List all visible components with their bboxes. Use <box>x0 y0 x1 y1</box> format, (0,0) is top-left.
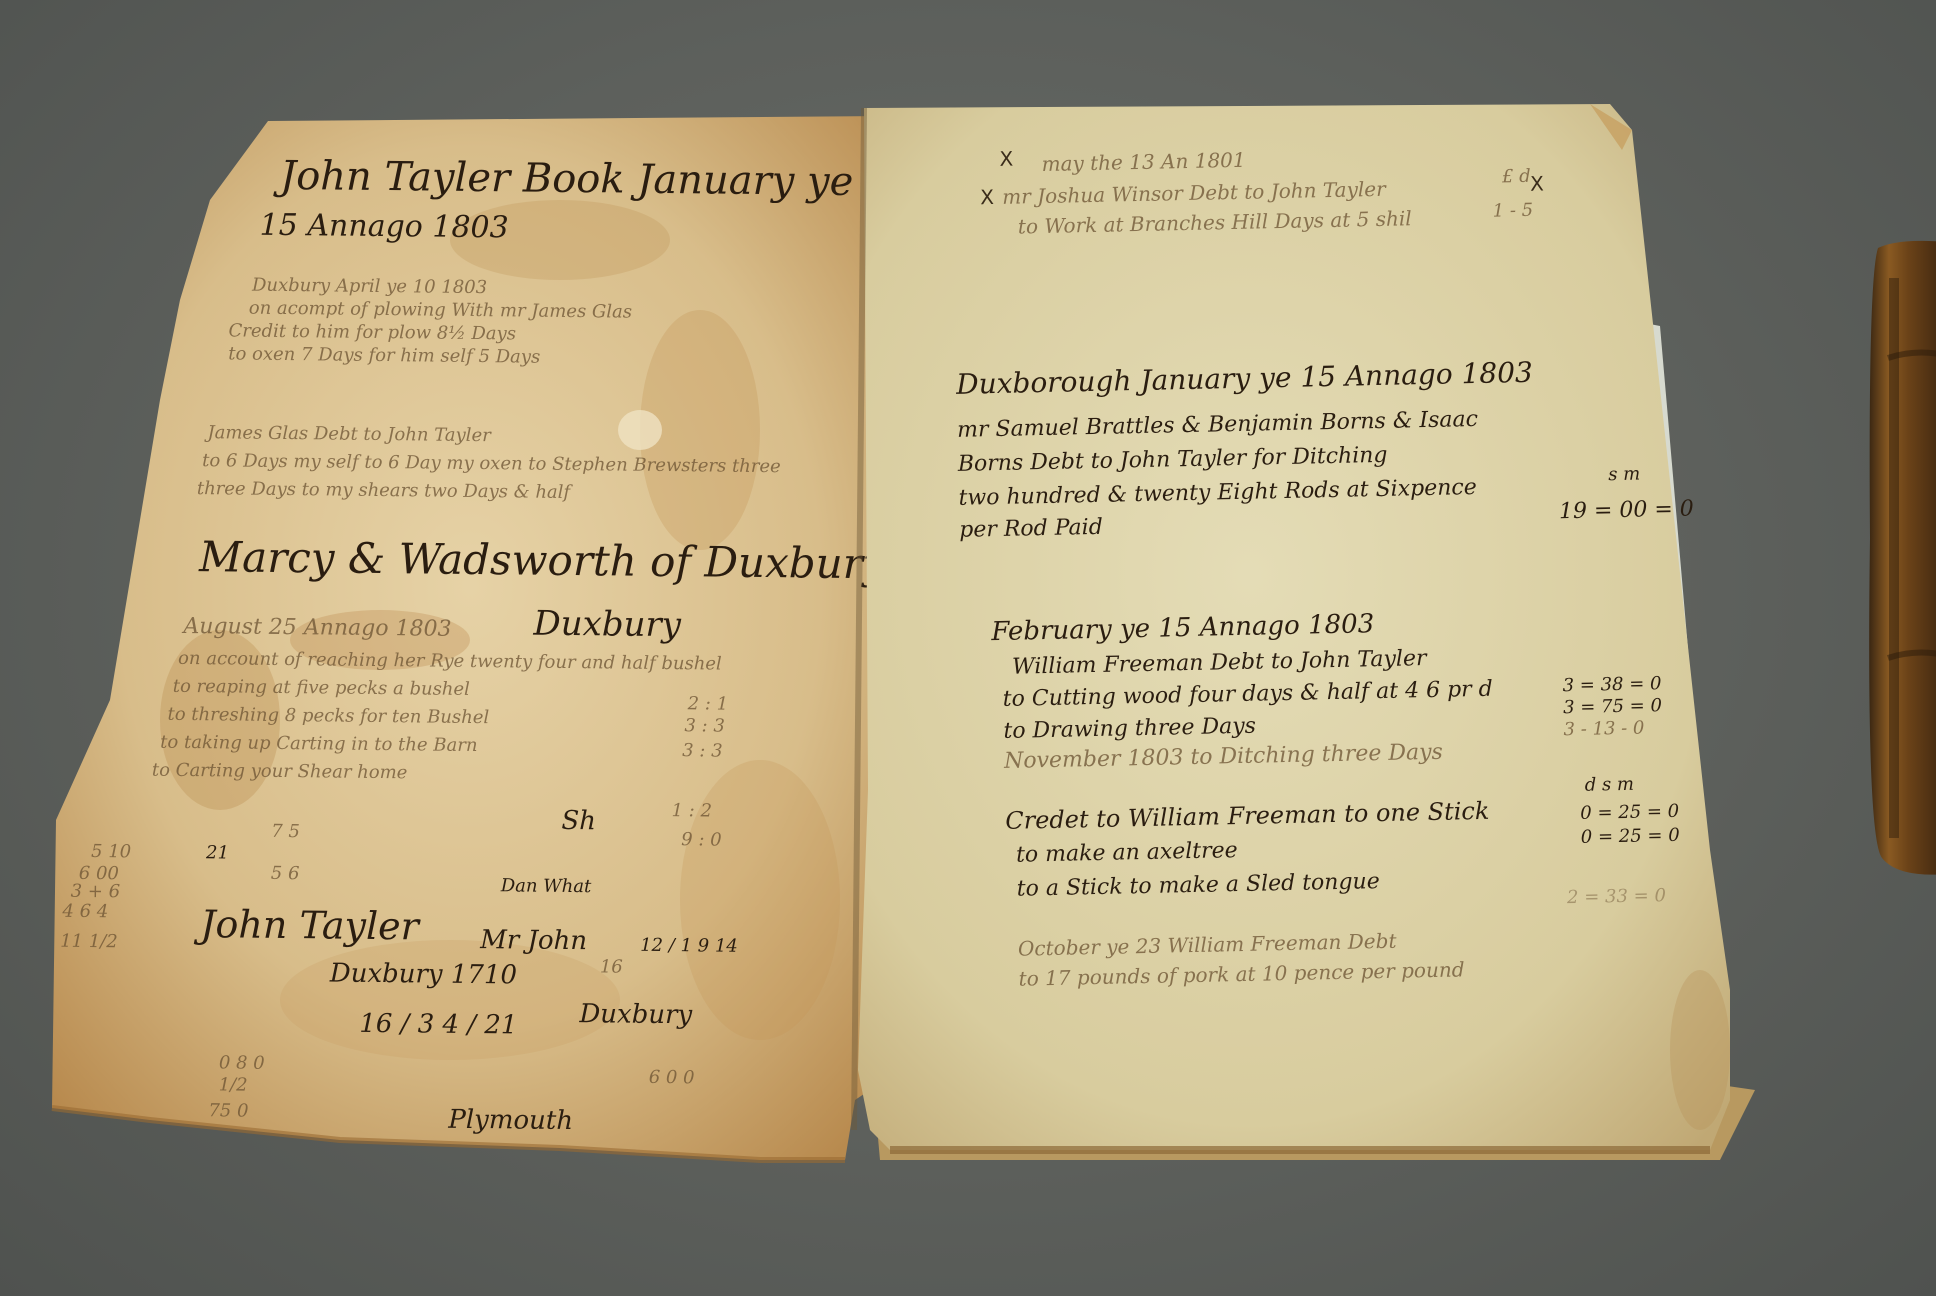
entry2-line: per Rod Paid <box>959 515 1103 543</box>
check-mark-x: X <box>999 147 1013 171</box>
entry3-line: to threshing 8 pecks for ten Bushel <box>167 704 489 728</box>
entry3-amount: 3 = 75 = 0 <box>1563 695 1662 718</box>
scribble-place1: Duxbury 1710 <box>330 959 518 991</box>
entry1-line: Duxbury April ye 10 1803 <box>252 275 487 298</box>
entry2-amount-header: s m <box>1608 464 1640 486</box>
entry4-amount-header: d s m <box>1585 774 1635 796</box>
left-heading-line2: 15 Annago 1803 <box>259 208 508 246</box>
check-mark-x: X <box>980 185 994 209</box>
scribble-figure: 6 0 0 <box>649 1067 695 1088</box>
scribble-figure: 0 8 0 <box>219 1052 265 1073</box>
entry1-line: to oxen 7 Days for him self 5 Days <box>228 343 540 367</box>
scribble-figure: 16 <box>600 956 623 977</box>
scribble-word: Dan What <box>501 875 592 897</box>
entry3-amount: 2 : 1 <box>688 693 729 714</box>
entry4-line: to make an axeltree <box>1016 838 1238 868</box>
scribble-figure: 11 1/2 <box>60 931 118 953</box>
entry3-amount: 1 : 2 <box>671 800 712 821</box>
left-page: John Tayler Book January ye 15 Annago 18… <box>0 0 900 1180</box>
entry2-line: three Days to my shears two Days & half <box>197 478 570 503</box>
entry1-line: may the 13 An 1801 <box>1041 148 1246 176</box>
scribble-figure: 21 <box>206 842 229 863</box>
entry1-amount-header: £ d <box>1502 166 1531 188</box>
entry4-amount: 0 = 25 = 0 <box>1580 801 1679 824</box>
marcy-wadsworth-heading: Marcy & Wadsworth of Duxbury <box>199 532 887 588</box>
entry1-amount: 1 - 5 <box>1492 200 1533 222</box>
entry3-total: 9 : 0 <box>681 829 722 850</box>
scribble-figure: 1/2 <box>219 1074 248 1095</box>
scribble-word: Mr John <box>480 925 587 956</box>
scribble-figure: 5 6 <box>271 863 300 884</box>
entry3-line: to reaping at five pecks a bushel <box>173 676 470 700</box>
scribble-figure: 7 5 <box>271 821 300 842</box>
check-mark-x: X <box>1530 171 1544 195</box>
scribble-word: Plymouth <box>448 1105 573 1136</box>
left-heading-line1: John Tayler Book January ye <box>280 153 854 205</box>
entry4-amount: 0 = 25 = 0 <box>1581 825 1680 848</box>
scribble-place2: Duxbury <box>579 999 692 1030</box>
scribble-figure: 12 / 1 9 14 <box>640 935 738 957</box>
entry3-line: to Drawing three Days <box>1003 714 1256 744</box>
scribble-figure: 75 0 <box>208 1100 248 1121</box>
entry3-total-label: Sh <box>561 806 596 836</box>
entry3-amount: 3 : 3 <box>684 715 725 736</box>
entry3-line: to Carting your Shear home <box>152 760 408 784</box>
scribble-figure: 16 / 3 4 / 21 <box>359 1009 517 1041</box>
entry1-line: Credit to him for plow 8½ Days <box>228 320 516 344</box>
entry3-amount: 3 - 13 - 0 <box>1563 718 1644 741</box>
scribble-figure: 3 + 6 <box>71 881 121 903</box>
leather-book <box>1858 238 1936 878</box>
scribble-figure: 5 10 <box>91 841 131 862</box>
entry2-line: James Glas Debt to John Tayler <box>207 422 491 446</box>
right-page: X X X may the 13 An 1801 mr Joshua Winso… <box>850 90 1790 1190</box>
entry3-amount: 3 = 38 = 0 <box>1562 673 1661 696</box>
scribble-figure: 4 6 4 <box>62 901 108 922</box>
entry5-amount: 2 = 33 = 0 <box>1567 885 1666 908</box>
entry3-line: to taking up Carting in to the Barn <box>160 732 477 756</box>
scribble-name: John Tayler <box>200 902 419 948</box>
leather-book-icon <box>1858 238 1936 878</box>
entry2-amount: 19 = 00 = 0 <box>1559 496 1694 524</box>
entry3-amount: 3 : 3 <box>682 740 723 761</box>
entry3-heading: August 25 Annago 1803 <box>183 614 451 642</box>
entry3-place: Duxbury <box>533 604 681 646</box>
entry1-line: on acompt of plowing With mr James Glas <box>249 298 633 323</box>
